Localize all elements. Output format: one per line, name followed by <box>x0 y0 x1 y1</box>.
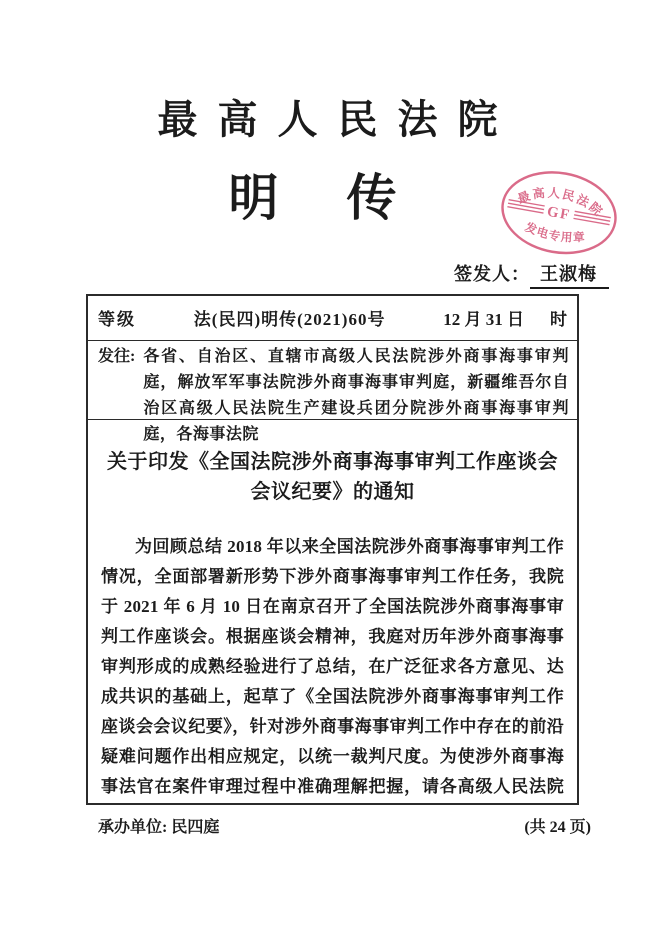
header-table: 等级 法(民四)明传(2021)60号 12 月 31 日时 发往: 各省、自治… <box>86 294 579 805</box>
notice-title-line2: 会议纪要》的通知 <box>101 477 564 507</box>
doc-number: 法(民四)明传(2021)60号 <box>136 305 443 330</box>
date-cell: 12 月 31 日时 <box>443 305 567 330</box>
grade-row: 等级 法(民四)明传(2021)60号 12 月 31 日时 <box>88 296 577 341</box>
sendto-text: 各省、自治区、直辖市高级人民法院涉外商事海事审判庭，解放军军事法院涉外商事海事审… <box>143 344 569 419</box>
date-value: 12 月 31 日 <box>443 310 524 329</box>
footer-handling-unit: 承办单位: 民四庭 <box>86 814 219 837</box>
signer-line: 签发人：王淑梅 <box>0 260 655 289</box>
stamp-gf-text: GF <box>546 204 572 224</box>
doc-type-char-1: 明 <box>229 170 279 228</box>
footer-page-count: (共 24 页) <box>524 814 591 837</box>
sendto-label: 发往: <box>98 344 135 419</box>
doc-type-char-2: 传 <box>347 170 397 228</box>
time-label: 时 <box>550 310 567 329</box>
signer-name: 王淑梅 <box>530 260 609 289</box>
grade-label: 等级 <box>98 305 136 330</box>
notice-title-line1: 关于印发《全国法院涉外商事海事审判工作座谈会 <box>101 447 564 477</box>
notice-title: 关于印发《全国法院涉外商事海事审判工作座谈会 会议纪要》的通知 <box>101 447 564 507</box>
notice-body: 为回顾总结 2018 年以来全国法院涉外商事海事审判工作情况，全面部署新形势下涉… <box>101 532 564 803</box>
sendto-row: 发往: 各省、自治区、直辖市高级人民法院涉外商事海事审判庭，解放军军事法院涉外商… <box>88 341 577 420</box>
signer-label: 签发人： <box>454 264 530 284</box>
org-title: 最高人民法院 <box>0 96 655 144</box>
content-cell: 关于印发《全国法院涉外商事海事审判工作座谈会 会议纪要》的通知 为回顾总结 20… <box>88 420 577 803</box>
document-page: 最高人民法院 明 传 最高人民法院 GF 发电专用章 <box>0 0 655 934</box>
page-footer: 承办单位: 民四庭 (共 24 页) <box>86 814 591 837</box>
